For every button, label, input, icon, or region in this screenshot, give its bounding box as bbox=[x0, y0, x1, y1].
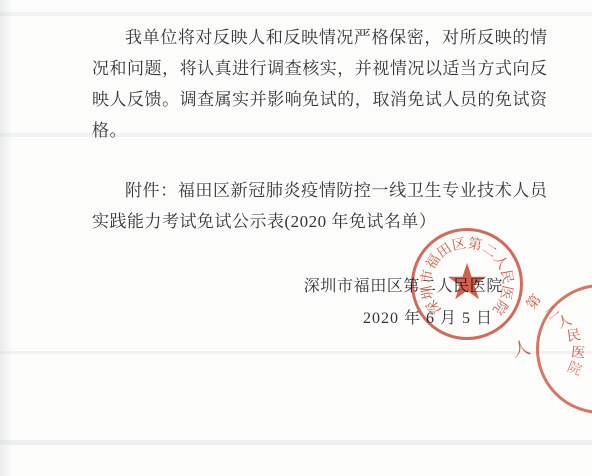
scan-artifact-band bbox=[0, 351, 592, 354]
seal-stray-mark: 人 bbox=[509, 333, 533, 363]
partial-seal-char: 医 bbox=[569, 345, 587, 363]
scanned-document-page: 我单位将对反映人和反映情况严格保密，对所反映的情 况和问题，将认真进行调查核实，… bbox=[0, 0, 592, 476]
partial-seal-char: 人 bbox=[555, 313, 576, 334]
scan-edge-shadow bbox=[0, 0, 12, 476]
signature-line: 深圳市福田区第二人民医院 bbox=[92, 271, 547, 302]
attachment-line: 实践能力考试免试公示表(2020 年免试名单） bbox=[92, 206, 547, 237]
paragraph-line: 格。 bbox=[92, 115, 547, 146]
scan-artifact-band bbox=[0, 440, 592, 445]
attachment-line: 附件：福田区新冠肺炎疫情防控一线卫生专业技术人员 bbox=[92, 175, 547, 206]
attachment-paragraph: 附件：福田区新冠肺炎疫情防控一线卫生专业技术人员 实践能力考试免试公示表(202… bbox=[92, 175, 547, 237]
partial-seal-char: 院 bbox=[564, 360, 585, 381]
body-paragraph: 我单位将对反映人和反映情况严格保密，对所反映的情 况和问题，将认真进行调查核实，… bbox=[92, 22, 547, 146]
paragraph-line: 况和问题，将认真进行调查核实，并视情况以适当方式向反 bbox=[92, 53, 547, 84]
paragraph-line: 我单位将对反映人和反映情况严格保密，对所反映的情 bbox=[92, 22, 547, 53]
paragraph-line: 映人反馈。调查属实并影响免试的，取消免试人员的免试资 bbox=[92, 84, 547, 115]
date-line: 2020 年 6 月 5 日 bbox=[92, 303, 547, 334]
scan-artifact-band bbox=[0, 12, 592, 16]
partial-seal-char: 民 bbox=[565, 328, 583, 346]
